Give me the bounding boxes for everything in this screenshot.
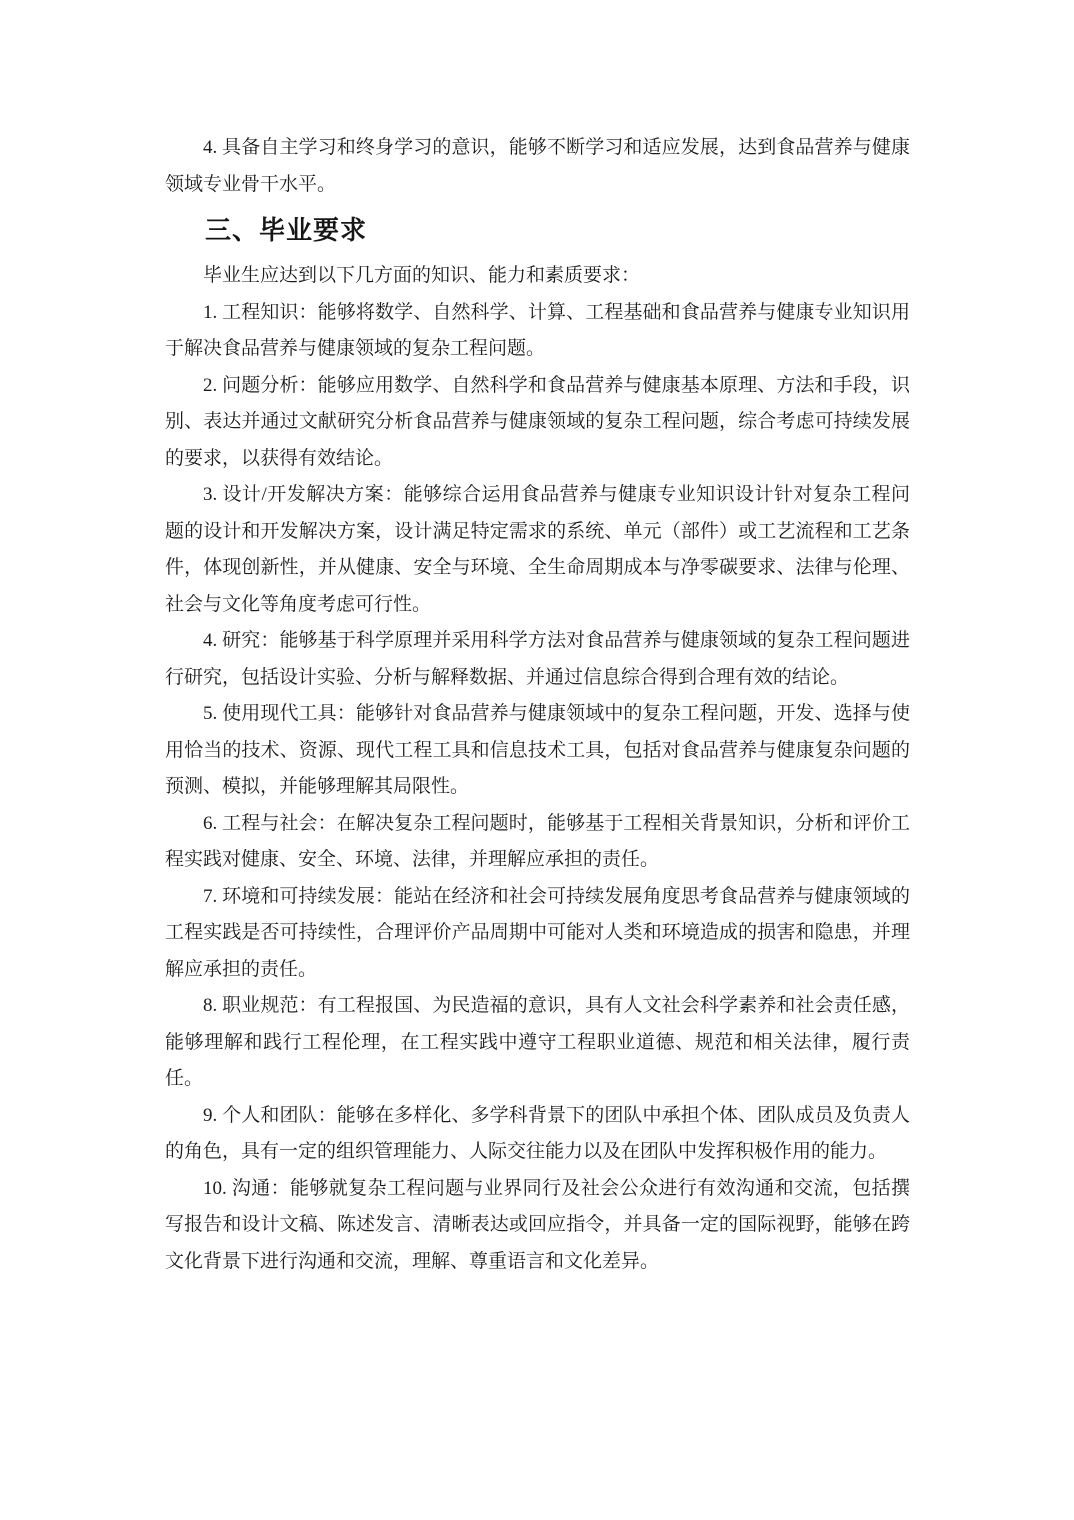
- requirement-paragraph-2: 2. 问题分析：能够应用数学、自然科学和食品营养与健康基本原理、方法和手段，识别…: [165, 368, 910, 478]
- requirement-paragraph-3: 3. 设计/开发解决方案：能够综合运用食品营养与健康专业知识设计针对复杂工程问题…: [165, 477, 910, 623]
- lead-paragraph: 毕业生应达到以下几方面的知识、能力和素质要求：: [165, 258, 910, 295]
- requirement-paragraph-10: 10. 沟通：能够就复杂工程问题与业界同行及社会公众进行有效沟通和交流，包括撰写…: [165, 1171, 910, 1281]
- document-content: 4. 具备自主学习和终身学习的意识，能够不断学习和适应发展，达到食品营养与健康领…: [165, 0, 910, 1280]
- requirement-paragraph-5: 5. 使用现代工具：能够针对食品营养与健康领域中的复杂工程问题，开发、选择与使用…: [165, 696, 910, 806]
- requirement-paragraph-8: 8. 职业规范：有工程报国、为民造福的意识，具有人文社会科学素养和社会责任感，能…: [165, 988, 910, 1098]
- document-page: 4. 具备自主学习和终身学习的意识，能够不断学习和适应发展，达到食品营养与健康领…: [0, 0, 1074, 1520]
- requirement-paragraph-9: 9. 个人和团队：能够在多样化、多学科背景下的团队中承担个体、团队成员及负责人的…: [165, 1098, 910, 1171]
- requirement-paragraph-1: 1. 工程知识：能够将数学、自然科学、计算、工程基础和食品营养与健康专业知识用于…: [165, 295, 910, 368]
- requirement-paragraph-4: 4. 研究：能够基于科学原理并采用科学方法对食品营养与健康领域的复杂工程问题进行…: [165, 623, 910, 696]
- requirement-paragraph-6: 6. 工程与社会：在解决复杂工程问题时，能够基于工程相关背景知识，分析和评价工程…: [165, 806, 910, 879]
- requirement-paragraph-7: 7. 环境和可持续发展：能站在经济和社会可持续发展角度思考食品营养与健康领域的工…: [165, 879, 910, 989]
- prior-section-item-paragraph: 4. 具备自主学习和终身学习的意识，能够不断学习和适应发展，达到食品营养与健康领…: [165, 130, 910, 203]
- section-heading: 三、毕业要求: [165, 203, 910, 258]
